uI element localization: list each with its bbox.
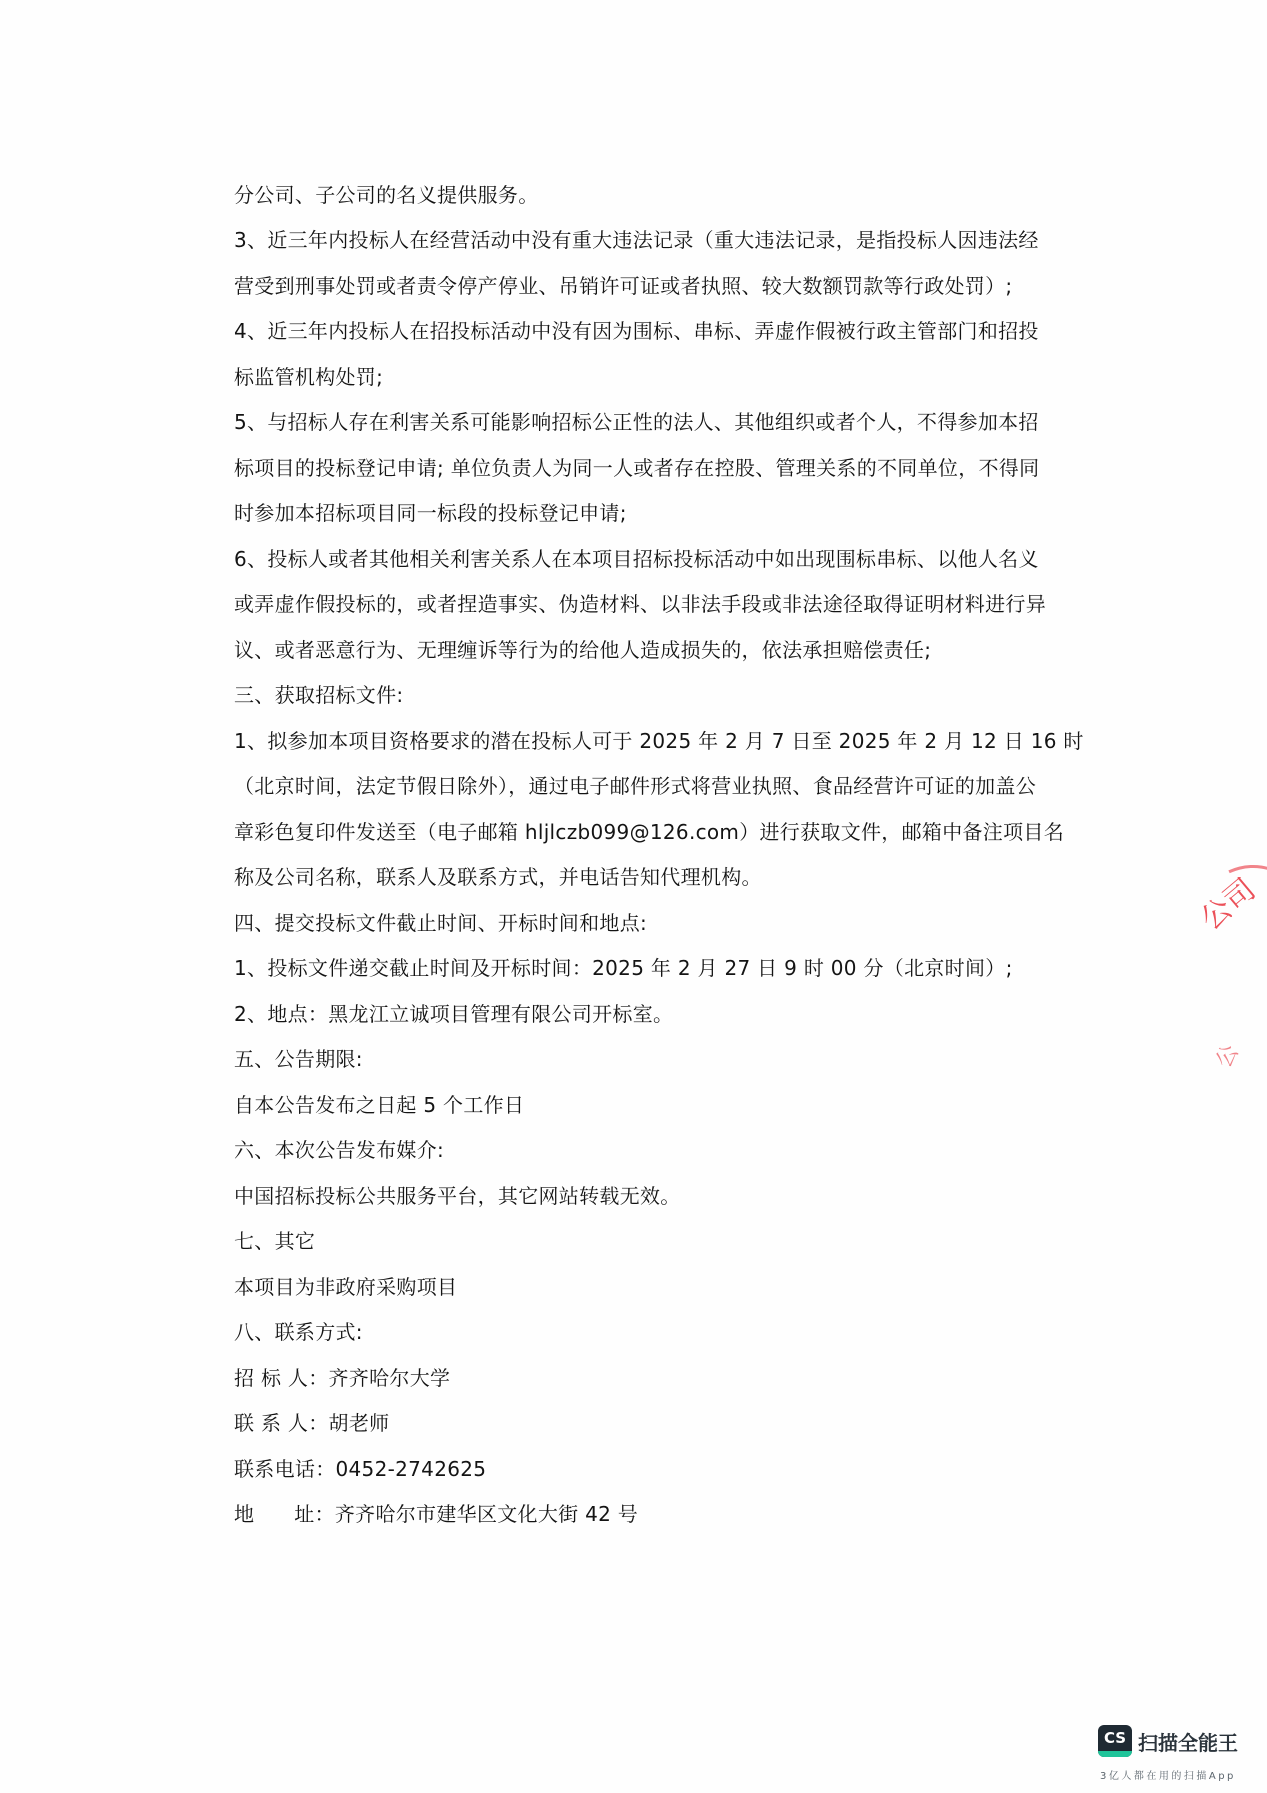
camscanner-logo-icon: CS [1098, 1725, 1132, 1757]
section-heading: 七、其它 [234, 1228, 315, 1254]
text-line: 章彩色复印件发送至（电子邮箱 hljlczb099@126.com）进行获取文件… [234, 819, 1064, 845]
text-line: 时参加本招标项目同一标段的投标登记申请; [234, 500, 627, 526]
text-line: 标监管机构处罚; [234, 364, 383, 390]
contact-address: 地 址：齐齐哈尔市建华区文化大街 42 号 [234, 1501, 638, 1527]
text-line: 1、拟参加本项目资格要求的潜在投标人可于 2025 年 2 月 7 日至 202… [234, 728, 1084, 754]
camscanner-watermark: CS 扫描全能王 3亿人都在用的扫描App [1098, 1725, 1258, 1785]
section-heading: 三、获取招标文件: [234, 682, 403, 708]
section-heading: 八、联系方式: [234, 1319, 363, 1345]
text-line: 本项目为非政府采购项目 [234, 1274, 457, 1300]
text-line: 或弄虚作假投标的，或者捏造事实、伪造材料、以非法手段或非法途径取得证明材料进行异 [234, 591, 1046, 617]
section-heading: 四、提交投标文件截止时间、开标时间和地点: [234, 910, 647, 936]
text-line: 中国招标投标公共服务平台，其它网站转载无效。 [234, 1183, 681, 1209]
text-line: 1、投标文件递交截止时间及开标时间：2025 年 2 月 27 日 9 时 00… [234, 955, 1013, 981]
watermark-title: 扫描全能王 [1138, 1727, 1238, 1756]
text-line: 5、与招标人存在利害关系可能影响招标公正性的法人、其他组织或者个人，不得参加本招 [234, 409, 1039, 435]
text-line: 自本公告发布之日起 5 个工作日 [234, 1092, 524, 1118]
text-line: （北京时间，法定节假日除外），通过电子邮件形式将营业执照、食品经营许可证的加盖公 [234, 773, 1036, 799]
text-line: 2、地点：黑龙江立诚项目管理有限公司开标室。 [234, 1001, 673, 1027]
watermark-subtitle: 3亿人都在用的扫描App [1100, 1767, 1236, 1782]
text-line: 4、近三年内投标人在招投标活动中没有因为围标、串标、弄虚作假被行政主管部门和招投 [234, 318, 1039, 344]
text-line: 议、或者恶意行为、无理缠诉等行为的给他人造成损失的，依法承担赔偿责任; [234, 637, 931, 663]
text-line: 标项目的投标登记申请; 单位负责人为同一人或者存在控股、管理关系的不同单位，不得… [234, 455, 1039, 481]
contact-tenderer: 招 标 人：齐齐哈尔大学 [234, 1365, 450, 1391]
section-heading: 五、公告期限: [234, 1046, 363, 1072]
contact-phone: 联系电话：0452-2742625 [234, 1456, 486, 1482]
text-line: 分公司、子公司的名义提供服务。 [234, 182, 539, 208]
text-line: 3、近三年内投标人在经营活动中没有重大违法记录（重大违法记录，是指投标人因违法经 [234, 227, 1039, 253]
text-line: 营受到刑事处罚或者责令停产停业、吊销许可证或者执照、较大数额罚款等行政处罚）; [234, 273, 1012, 299]
scanned-document-page: 分公司、子公司的名义提供服务。 3、近三年内投标人在经营活动中没有重大违法记录（… [0, 0, 1267, 1793]
text-line: 称及公司名称，联系人及联系方式，并电话告知代理机构。 [234, 864, 762, 890]
contact-person: 联 系 人：胡老师 [234, 1410, 389, 1436]
text-line: 6、投标人或者其他相关利害关系人在本项目招标投标活动中如出现围标串标、以他人名义 [234, 546, 1039, 572]
stamp-text-bottom: 公 [1207, 1038, 1245, 1073]
section-heading: 六、本次公告发布媒介: [234, 1137, 444, 1163]
